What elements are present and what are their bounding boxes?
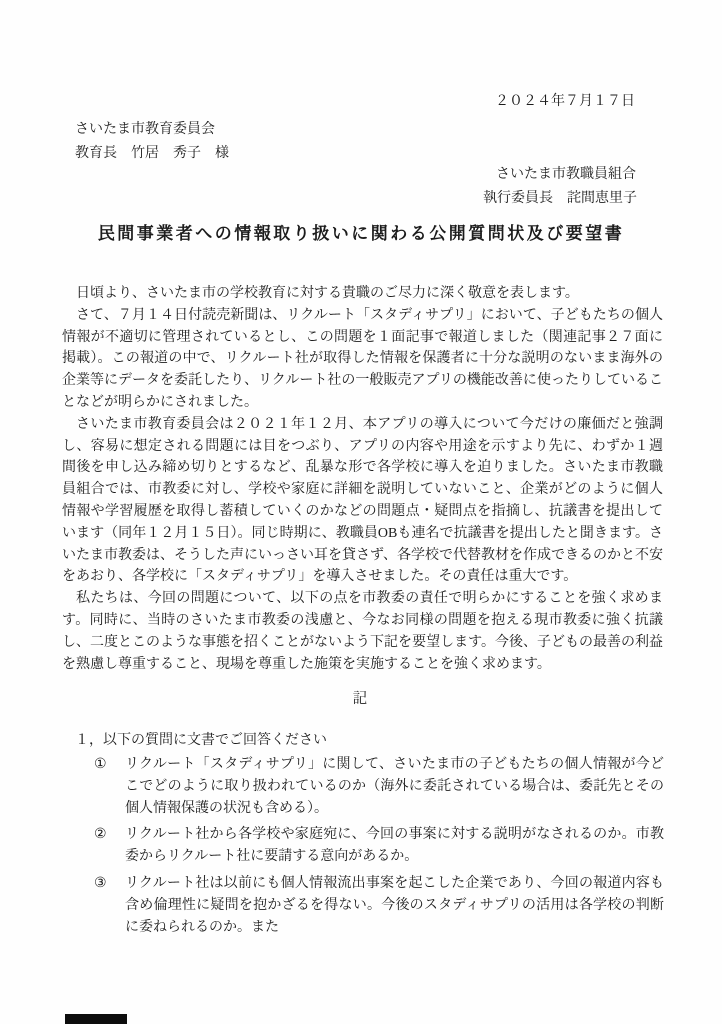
body-paragraph: 私たちは、今回の問題について、以下の点を市教委の責任で明らかにすることを強く求め… [62,588,663,675]
record-marker: 記 [0,687,722,708]
question-text: リクルート「スタディサプリ」に関して、さいたま市の子どもたちの個人情報が今どこで… [125,754,664,819]
sender-person: 執行委員長 詫間恵里子 [483,187,637,207]
letter-page: ２０２４年７月１７日 さいたま市教育委員会 教育長 竹居 秀子 様 さいたま市教… [0,0,722,1024]
question-number: ② [94,824,125,868]
scan-artifact-bar [65,1014,127,1024]
question-section-heading: １，以下の質問に文書でご回答ください [75,729,327,749]
recipient-organization: さいたま市教育委員会 [75,118,215,138]
document-title: 民間事業者への情報取り扱いに関わる公開質問状及び要望書 [0,219,722,244]
body-paragraph: 日頃より、さいたま市の学校教育に対する貴職のご尽力に深く敬意を表します。 [62,283,663,305]
question-text: リクルート社は以前にも個人情報流出事案を起こした企業であり、今回の報道内容も含め… [125,873,664,938]
recipient-person: 教育長 竹居 秀子 様 [75,142,229,162]
question-item: ② リクルート社から各学校や家庭宛に、今回の事案に対する説明がなされるのか。市教… [94,824,664,868]
question-item: ① リクルート「スタディサプリ」に関して、さいたま市の子どもたちの個人情報が今ど… [94,754,664,819]
question-number: ① [94,754,125,819]
question-item: ③ リクルート社は以前にも個人情報流出事案を起こした企業であり、今回の報道内容も… [94,873,664,938]
question-text: リクルート社から各学校や家庭宛に、今回の事案に対する説明がなされるのか。市教委か… [125,824,664,868]
body-paragraph: さて、７月１４日付読売新聞は、リクルート「スタディサプリ」において、子どもたちの… [62,305,663,414]
document-date: ２０２４年７月１７日 [495,90,635,110]
sender-organization: さいたま市教職員組合 [496,163,636,183]
body-paragraph: さいたま市教育委員会は２０２１年１２月、本アプリの導入について今だけの廉価だと強… [62,414,663,588]
body-text: 日頃より、さいたま市の学校教育に対する貴職のご尽力に深く敬意を表します。 さて、… [62,283,663,675]
question-number: ③ [94,873,125,938]
question-list: ① リクルート「スタディサプリ」に関して、さいたま市の子どもたちの個人情報が今ど… [94,754,664,943]
